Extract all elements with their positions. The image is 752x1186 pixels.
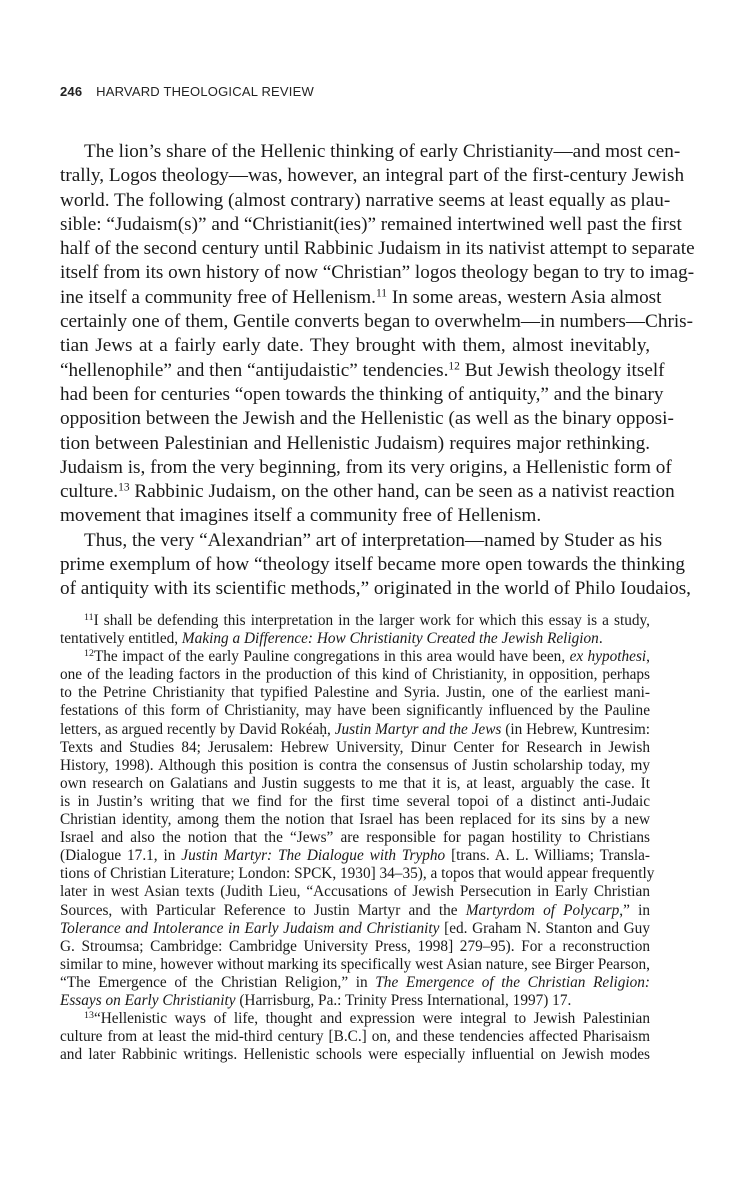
footnote-ref-13[interactable]: 13 [118,482,130,494]
text-fragment: ine itself a community free of Hellenism… [60,287,376,308]
text-fragment: The impact of the early Pauline congrega… [94,648,570,665]
footnote-line: to the Petrine Christianity that typifie… [60,684,650,702]
text-line: itself from its own history of now “Chri… [60,261,650,285]
text-fragment: Sources, with Particular Reference to Ju… [60,902,466,919]
text-fragment: (in Hebrew, Kuntresim: [501,721,650,738]
footnote-line: “The Emergence of the Christian Religion… [60,974,650,992]
text-fragment: ,” in [619,902,650,919]
book-title: Justin Martyr and the Jews [335,721,502,738]
text-line: movement that imagines itself a communit… [60,504,650,528]
footnote-line: G. Stroumsa; Cambridge: Cambridge Univer… [60,938,650,956]
footnote-line: is in Justin’s writing that we find for … [60,793,650,811]
text-line: Thus, the very “Alexandrian” art of inte… [60,529,650,553]
footnote-12: 12The impact of the early Pauline congre… [60,648,650,1010]
footnote-line: festations of this form of Christianity,… [60,702,650,720]
book-title: Justin Martyr: The Dialogue with Trypho [181,847,445,864]
text-line: “hellenophile” and then “antijudaistic” … [60,359,650,383]
footnote-line: later in west Asian texts (Judith Lieu, … [60,883,650,901]
footnote-11: 11I shall be defending this interpretati… [60,612,650,648]
text-fragment: “hellenophile” and then “antijudaistic” … [60,360,448,381]
text-fragment: , [646,648,650,665]
book-title: Martyrdom of Polycarp [466,902,620,919]
footnote-line: similar to mine, however without marking… [60,956,650,974]
journal-title: HARVARD THEOLOGICAL REVIEW [96,84,314,99]
book-title: The Emergence of the Christian Religion: [375,974,650,991]
text-fragment: I shall be defending this interpretation… [94,612,650,629]
footnote-line: Christian identity, among them the notio… [60,811,650,829]
text-fragment: (Harrisburg, Pa.: Trinity Press Internat… [236,992,572,1009]
book-title: Essays on Early Christianity [60,992,236,1009]
footnote-line: one of the leading factors in the produc… [60,666,650,684]
footnote-line: Essays on Early Christianity (Harrisburg… [60,992,650,1010]
text-fragment: “The Emergence of the Christian Religion… [60,974,375,991]
footnote-number: 13 [84,1010,94,1021]
body-text: The lion’s share of the Hellenic thinkin… [60,140,650,602]
text-line: trally, Logos theology—was, however, an … [60,164,650,188]
footnote-13: 13“Hellenistic ways of life, thought and… [60,1010,650,1064]
footnote-line: and later Rabbinic writings. Hellenistic… [60,1046,650,1064]
footnote-line: 12The impact of the early Pauline congre… [60,648,650,666]
text-line: The lion’s share of the Hellenic thinkin… [60,140,650,164]
footnote-line: Tolerance and Intolerance in Early Judai… [60,920,650,938]
text-fragment: (Dialogue 17.1, in [60,847,181,864]
text-line: culture.13 Rabbinic Judaism, on the othe… [60,480,650,504]
text-fragment: [ed. Graham N. Stanton and Guy [439,920,650,937]
footnote-line: culture from at least the mid-third cent… [60,1028,650,1046]
text-fragment: In some areas, western Asia almost [392,287,662,308]
footnote-line: tentatively entitled, Making a Differenc… [60,630,650,648]
text-line: Judaism is, from the very beginning, fro… [60,456,650,480]
text-fragment: . [599,630,603,647]
text-fragment: But Jewish theology itself [465,360,665,381]
footnote-line: tions of Christian Literature; London: S… [60,865,650,883]
footnote-line: Israel and also the notion that the “Jew… [60,829,650,847]
text-fragment: Rabbinic Judaism, on the other hand, can… [134,481,674,502]
italic-term: ex hypothesi [570,648,647,665]
text-line: ine itself a community free of Hellenism… [60,286,650,310]
text-fragment: [trans. A. L. Williams; Transla- [445,847,650,864]
text-line: had been for centuries “open towards the… [60,383,650,407]
footnote-number: 11 [84,612,94,623]
footnote-line: 11I shall be defending this interpretati… [60,612,650,630]
paragraph-2: Thus, the very “Alexandrian” art of inte… [60,529,650,602]
footnote-number: 12 [84,648,94,659]
footnote-line: (Dialogue 17.1, in Justin Martyr: The Di… [60,847,650,865]
footnote-line: 13“Hellenistic ways of life, thought and… [60,1010,650,1028]
footnote-line: own research on Galatians and Justin sug… [60,775,650,793]
text-fragment: letters, as argued recently by David Rok… [60,721,335,738]
text-line: prime exemplum of how “theology itself b… [60,553,650,577]
footnote-line: letters, as argued recently by David Rok… [60,721,650,739]
footnotes: 11I shall be defending this interpretati… [60,612,650,1064]
text-line: certainly one of them, Gentile converts … [60,310,650,334]
page-number: 246 [60,84,82,99]
text-line: world. The following (almost contrary) n… [60,189,650,213]
footnote-line: History, 1998). Although this position i… [60,757,650,775]
footnote-line: Sources, with Particular Reference to Ju… [60,902,650,920]
text-fragment: tentatively entitled, [60,630,182,647]
running-head: 246 HARVARD THEOLOGICAL REVIEW [60,84,314,99]
text-line: opposition between the Jewish and the He… [60,407,650,431]
text-line: half of the second century until Rabbini… [60,237,650,261]
paragraph-1: The lion’s share of the Hellenic thinkin… [60,140,650,529]
footnote-ref-11[interactable]: 11 [376,287,387,299]
text-line: sible: “Judaism(s)” and “Christianit(ies… [60,213,650,237]
footnote-line: Texts and Studies 84; Jerusalem: Hebrew … [60,739,650,757]
book-title: Making a Difference: How Christianity Cr… [182,630,599,647]
footnote-ref-12[interactable]: 12 [448,360,460,372]
text-fragment: culture. [60,481,118,502]
text-line: tion between Palestinian and Hellenistic… [60,432,650,456]
book-title: Tolerance and Intolerance in Early Judai… [60,920,439,937]
text-fragment: “Hellenistic ways of life, thought and e… [94,1010,650,1027]
text-line: tian Jews at a fairly early date. They b… [60,334,650,358]
text-line: of antiquity with its scientific methods… [60,577,650,601]
